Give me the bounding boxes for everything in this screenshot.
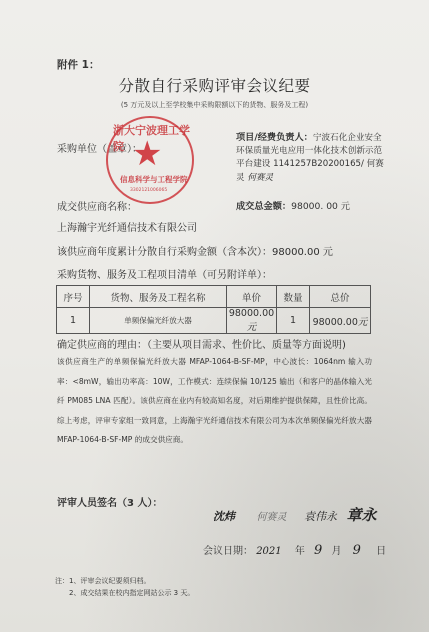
cell-name: 单频保偏光纤放大器 (90, 308, 227, 334)
project-owner-signature: 何赛灵 (247, 173, 273, 183)
signature-2: 何赛灵 (257, 512, 287, 523)
signature-1: 沈炜 (213, 510, 235, 523)
date-year: 2021 (256, 546, 281, 557)
item-list-label: 采购货物、服务及工程项目清单（可另附详单）： (57, 266, 272, 281)
cell-unit-price: 98000.00元 (227, 308, 277, 334)
date-month: 9 (314, 543, 322, 558)
reason-text: 该供应商生产的单频保偏光纤放大器 MFAP-1064-B-SF-MP，中心波长：… (57, 352, 372, 450)
date-day: 9 (353, 543, 361, 558)
header-qty: 数量 (277, 286, 310, 308)
header-total: 总价 (310, 286, 371, 308)
attachment-label: 附件 1： (57, 57, 99, 72)
cumulative-value: 98000.00 元 (272, 247, 333, 258)
seal-inner-text: 信息科学与工程学院 (120, 174, 188, 185)
reason-label: 确定供应商的理由：（主要从项目需求、性价比、质量等方面说明) (57, 336, 346, 351)
supplier-name: 上海瀚宇光纤通信技术有限公司 (57, 219, 197, 234)
official-seal: 浙大宁波理工学院 ★ 信息科学与工程学院 3302121006065 (106, 116, 194, 204)
cell-total: 98000.00元 (310, 308, 371, 334)
note-2: 2、成交结果在校内指定网站公示 3 天。 (55, 587, 194, 599)
total-amount: 成交总金额：98000. 00 元 (236, 198, 350, 212)
signatures: 沈炜 何赛灵 袁伟永 章永 (213, 504, 377, 525)
supplier-label: 成交供应商名称： (57, 198, 137, 213)
cumulative-label: 该供应商年度累计分散自行采购金额（含本次）： (57, 247, 272, 258)
project-owner-block: 项目/经费负责人：宁波石化企业安全环保质量光电应用一体化技术创新示范平台建设 1… (236, 131, 386, 185)
total-value: 98000.00 (313, 317, 358, 328)
unit-price-value: 98000.00 (229, 308, 274, 319)
header-no: 序号 (57, 286, 90, 308)
date-month-unit: 月 (331, 546, 341, 557)
date-year-unit: 年 (295, 546, 305, 557)
star-icon: ★ (132, 137, 162, 171)
seal-number: 3302121006065 (130, 188, 167, 193)
signature-label: 评审人员签名（3 人）： (57, 494, 162, 509)
note-1: 注：1、评审会议纪要须归档。 (55, 575, 194, 587)
cumulative-amount: 该供应商年度累计分散自行采购金额（含本次）：98000.00 元 (57, 243, 333, 258)
header-unit-price: 单价 (227, 286, 277, 308)
items-table: 序号 货物、服务及工程名称 单价 数量 总价 1 单频保偏光纤放大器 98000… (56, 285, 371, 334)
notes: 注：1、评审会议纪要须归档。 2、成交结果在校内指定网站公示 3 天。 (55, 575, 194, 599)
date-label: 会议日期： (203, 546, 253, 557)
signature-4: 章永 (347, 506, 377, 524)
header-name: 货物、服务及工程名称 (90, 286, 227, 308)
document-title: 分散自行采购评审会议纪要 (0, 74, 429, 96)
unit-price-handwritten: 元 (247, 322, 257, 333)
total-handwritten: 元 (358, 317, 368, 328)
meeting-date: 会议日期： 2021 年 9 月 9 日 (203, 542, 386, 558)
date-day-unit: 日 (376, 546, 386, 557)
project-owner-label: 项目/经费负责人： (236, 132, 313, 143)
document-subtitle: (5 万元及以上至学校集中采购限额以下的货物、服务及工程) (0, 100, 429, 110)
table-row: 1 单频保偏光纤放大器 98000.00元 1 98000.00元 (57, 308, 371, 334)
table-header-row: 序号 货物、服务及工程名称 单价 数量 总价 (57, 286, 371, 308)
total-amount-label: 成交总金额： (236, 201, 291, 212)
cell-qty: 1 (277, 308, 310, 334)
signature-3: 袁伟永 (304, 510, 337, 523)
total-amount-value: 98000. 00 元 (291, 201, 350, 212)
cell-no: 1 (57, 308, 90, 334)
